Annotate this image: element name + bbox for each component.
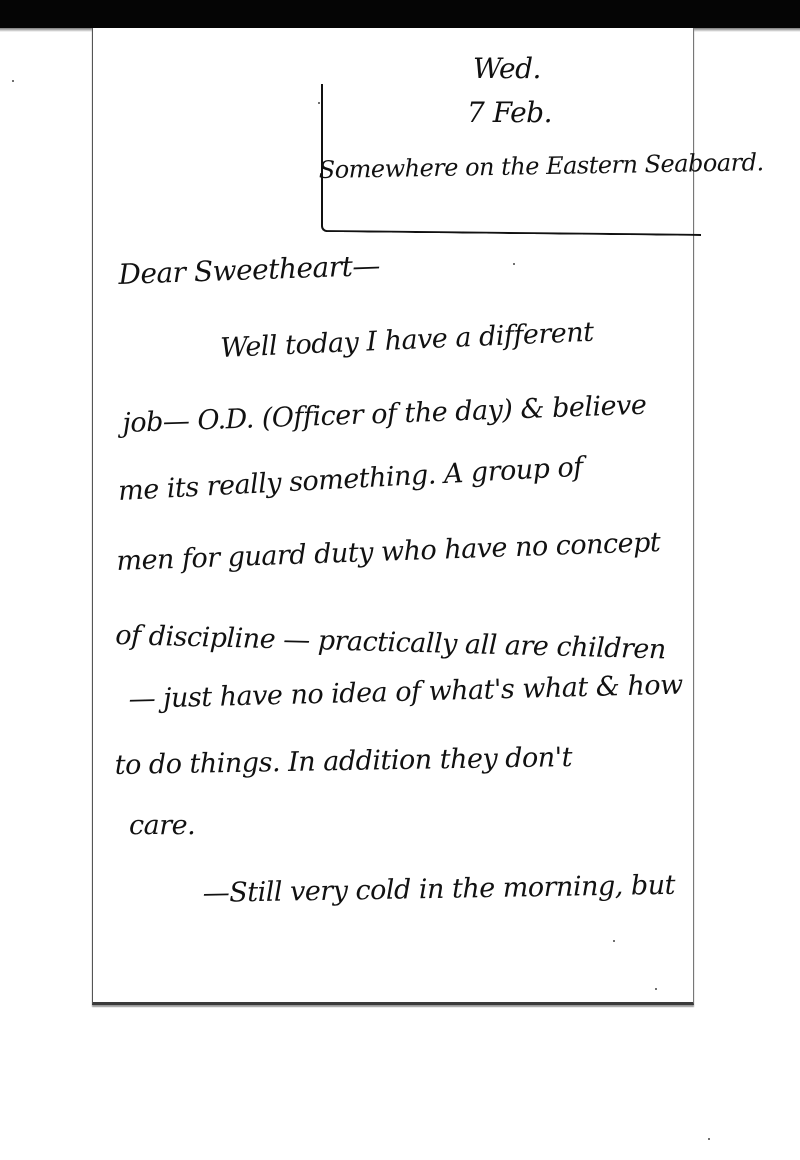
body-line: care.	[129, 810, 195, 841]
scan-speck	[12, 80, 14, 82]
body-line: —Still very cold in the morning, but	[202, 870, 675, 909]
scan-speck	[708, 1138, 710, 1140]
body-line: — just have no idea of what's what & how	[128, 670, 683, 715]
scan-speck	[655, 988, 657, 990]
heading-weekday: Wed.	[473, 52, 541, 85]
scan-top-bar	[0, 0, 800, 28]
body-line: job— O.D. (Officer of the day) & believe	[122, 390, 647, 439]
letter-page: Wed. 7 Feb. Somewhere on the Eastern Sea…	[92, 28, 694, 1005]
scan-speck	[318, 102, 320, 104]
scan-speck	[513, 263, 515, 265]
heading-date: 7 Feb.	[467, 96, 552, 129]
body-line: me its really something. A group of	[117, 452, 583, 507]
body-line: men for guard duty who have no concept	[116, 527, 661, 577]
salutation: Dear Sweetheart—	[118, 249, 380, 291]
body-line: of discipline — practically all are chil…	[115, 620, 666, 665]
body-line: Well today I have a different	[220, 317, 594, 364]
scan-speck	[613, 940, 615, 942]
body-line: to do things. In addition they don't	[114, 742, 572, 781]
